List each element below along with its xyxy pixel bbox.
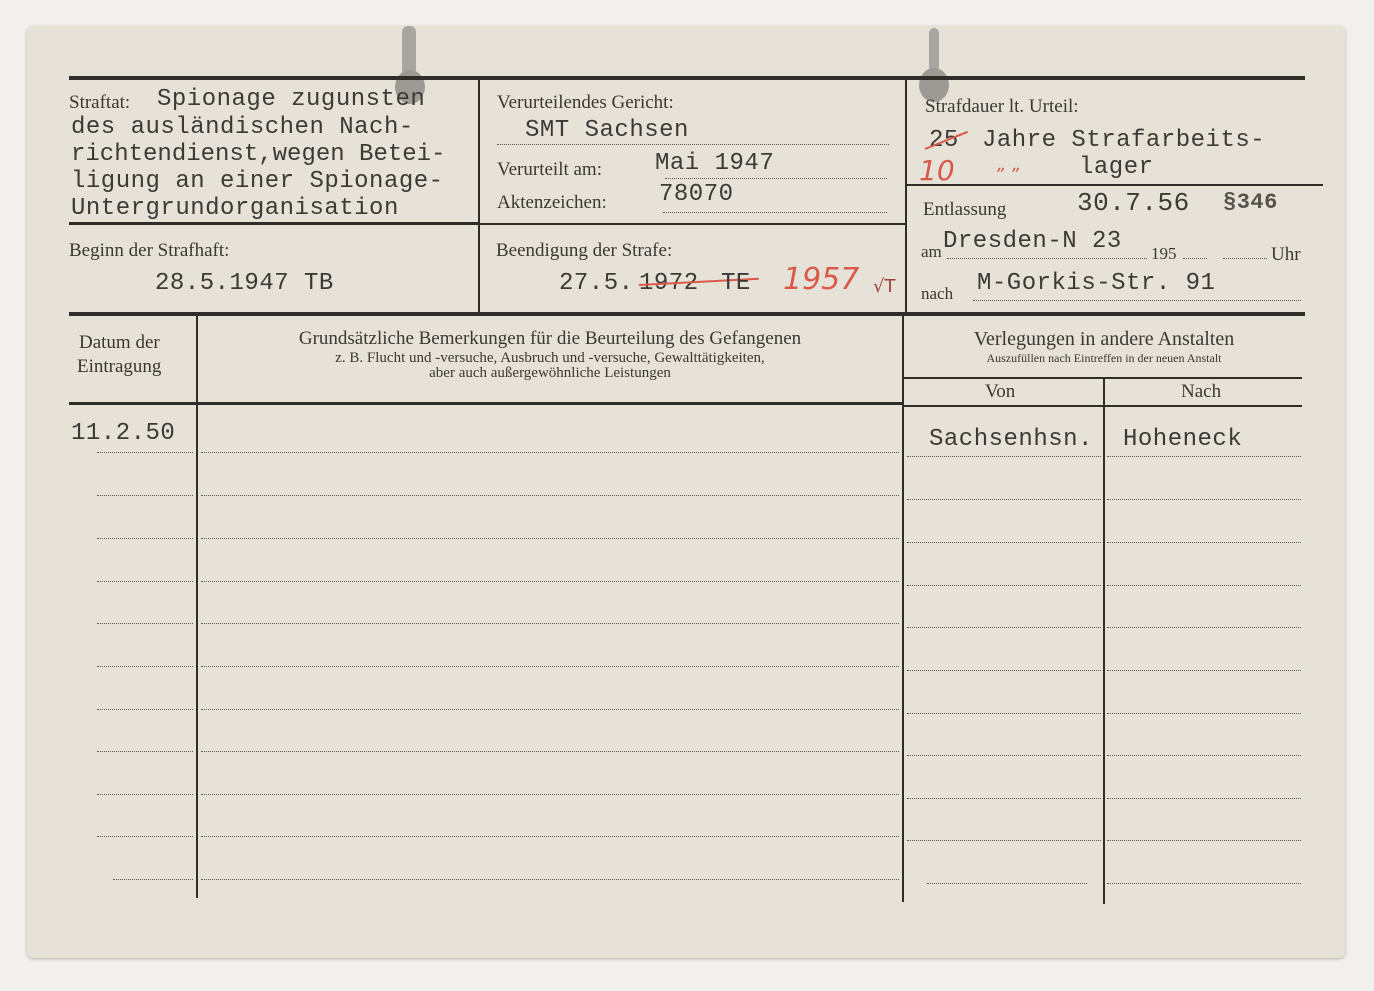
year-prefix: 195 [1151, 244, 1177, 264]
von-nach-bottom-rule [904, 405, 1302, 407]
gericht-label: Verurteilendes Gericht: [497, 92, 674, 114]
row-line [907, 627, 1101, 628]
verlegungen-sub: Auszufüllen nach Eintreffen in der neuen… [904, 351, 1304, 366]
von-nach-divider [1103, 378, 1105, 904]
row-1-von: Sachsenhsn. [929, 426, 1093, 453]
entlassung-label: Entlassung [923, 199, 1006, 221]
strafdauer-red-correction: 10 [919, 154, 955, 187]
prisoner-index-card: Straftat: Spionage zugunsten des ausländ… [27, 26, 1345, 958]
row-line [201, 581, 899, 582]
beginn-value: 28.5.1947 TB [155, 270, 334, 297]
row-line [1107, 456, 1301, 457]
row-line [201, 879, 899, 880]
gericht-line [497, 144, 889, 145]
row-line [1107, 627, 1301, 628]
punch-hole-tear [929, 28, 939, 72]
top-rule [69, 76, 1305, 80]
row-line [97, 751, 193, 752]
row-line [97, 452, 193, 453]
punch-hole-tear [402, 26, 416, 76]
row-line [1107, 670, 1301, 671]
row-line [113, 879, 193, 880]
uhr-line [1223, 258, 1267, 259]
straftat-line-4: ligung an einer Spionage- [71, 168, 444, 195]
row-line [201, 495, 899, 496]
straftat-line-3: richtendienst,wegen Betei- [71, 141, 445, 168]
nach-line [973, 300, 1301, 301]
row-line [907, 456, 1101, 457]
beendigung-prefix: 27.5. [559, 270, 634, 297]
row-line [907, 585, 1101, 586]
row-line [1107, 585, 1301, 586]
row-line [97, 623, 193, 624]
datum-header-line-2: Eintragung [77, 356, 161, 378]
bemerkungen-sub-2: aber auch außergewöhnliche Leistungen [198, 365, 902, 382]
datum-header-line-1: Datum der [79, 332, 160, 354]
header-divider-1 [478, 80, 480, 314]
row-line [201, 836, 899, 837]
row-line [201, 623, 899, 624]
row-line [201, 751, 899, 752]
gericht-bottom-rule [478, 223, 907, 225]
row-line [907, 755, 1101, 756]
entlassung-value: 30.7.56 [1077, 188, 1190, 218]
row-line [201, 538, 899, 539]
row-line [97, 495, 193, 496]
aktenzeichen-value: 78070 [659, 181, 734, 208]
strafdauer-rest: Jahre Strafarbeits- [982, 127, 1265, 154]
row-line [97, 709, 193, 710]
am-value: Dresden-N 23 [943, 228, 1122, 255]
row-line [1107, 798, 1301, 799]
row-1-nach: Hoheneck [1123, 426, 1242, 453]
row-line [97, 581, 193, 582]
verurteilt-label: Verurteilt am: [497, 159, 602, 181]
bemerkungen-header: Grundsätzliche Bemerkungen für die Beurt… [198, 328, 902, 382]
row-line [927, 883, 1087, 884]
row-line [97, 794, 193, 795]
verlegungen-sub-rule [904, 377, 1302, 379]
beendigung-label: Beendigung der Strafe: [496, 240, 672, 262]
am-label: am [921, 242, 942, 262]
von-header: Von [985, 381, 1015, 403]
aktenzeichen-line [663, 212, 887, 213]
header-divider-2 [905, 80, 907, 314]
straftat-line-5: Untergrundorganisation [71, 195, 399, 222]
verlegungen-title: Verlegungen in andere Anstalten [904, 328, 1304, 351]
row-line [201, 452, 899, 453]
row-line [97, 666, 193, 667]
verlegungen-header: Verlegungen in andere Anstalten Auszufül… [904, 328, 1304, 366]
beginn-label: Beginn der Strafhaft: [69, 240, 229, 262]
row-line [907, 542, 1101, 543]
row-line [201, 794, 899, 795]
row-line [907, 713, 1101, 714]
gericht-value: SMT Sachsen [525, 117, 689, 144]
header-bottom-rule [69, 312, 1305, 316]
row-line [1107, 883, 1301, 884]
row-line [1107, 840, 1301, 841]
row-line [1107, 755, 1301, 756]
verurteilt-line [665, 178, 887, 179]
aktenzeichen-label: Aktenzeichen: [497, 192, 607, 214]
uhr-label: Uhr [1271, 244, 1301, 266]
beendigung-red-year: 1957 [783, 262, 859, 297]
entlassung-note: §346 [1223, 190, 1278, 215]
beendigung-suffix: TE [721, 270, 751, 297]
row-line [1107, 713, 1301, 714]
row-line [1107, 542, 1301, 543]
straftat-line-1: Spionage zugunsten [157, 86, 425, 113]
straftat-line-2: des ausländischen Nach- [71, 114, 414, 141]
row-line [201, 709, 899, 710]
strafdauer-line-2: lager [1079, 154, 1154, 181]
beendigung-red-mark: √T [873, 276, 895, 297]
nach-value: M-Gorkis-Str. 91 [977, 270, 1215, 297]
table-header-bottom-rule [69, 402, 904, 405]
row-line [97, 836, 193, 837]
row-line [907, 499, 1101, 500]
am-line [947, 258, 1147, 259]
row-line [201, 666, 899, 667]
year-line [1183, 258, 1207, 259]
straftat-bottom-rule [69, 222, 480, 225]
strafdauer-red-ditto: „ „ [997, 154, 1021, 175]
verurteilt-value: Mai 1947 [655, 150, 774, 177]
row-line [907, 840, 1101, 841]
row-line [907, 670, 1101, 671]
row-line [1107, 499, 1301, 500]
nach-header: Nach [1181, 381, 1221, 403]
strafdauer-label: Strafdauer lt. Urteil: [925, 96, 1079, 118]
strafdauer-bottom-rule [907, 184, 1323, 186]
row-1-datum: 11.2.50 [71, 420, 175, 447]
straftat-label: Straftat: [69, 92, 130, 114]
row-line [97, 538, 193, 539]
bemerkungen-title: Grundsätzliche Bemerkungen für die Beurt… [198, 328, 902, 350]
row-line [907, 798, 1101, 799]
nach-label: nach [921, 284, 953, 304]
